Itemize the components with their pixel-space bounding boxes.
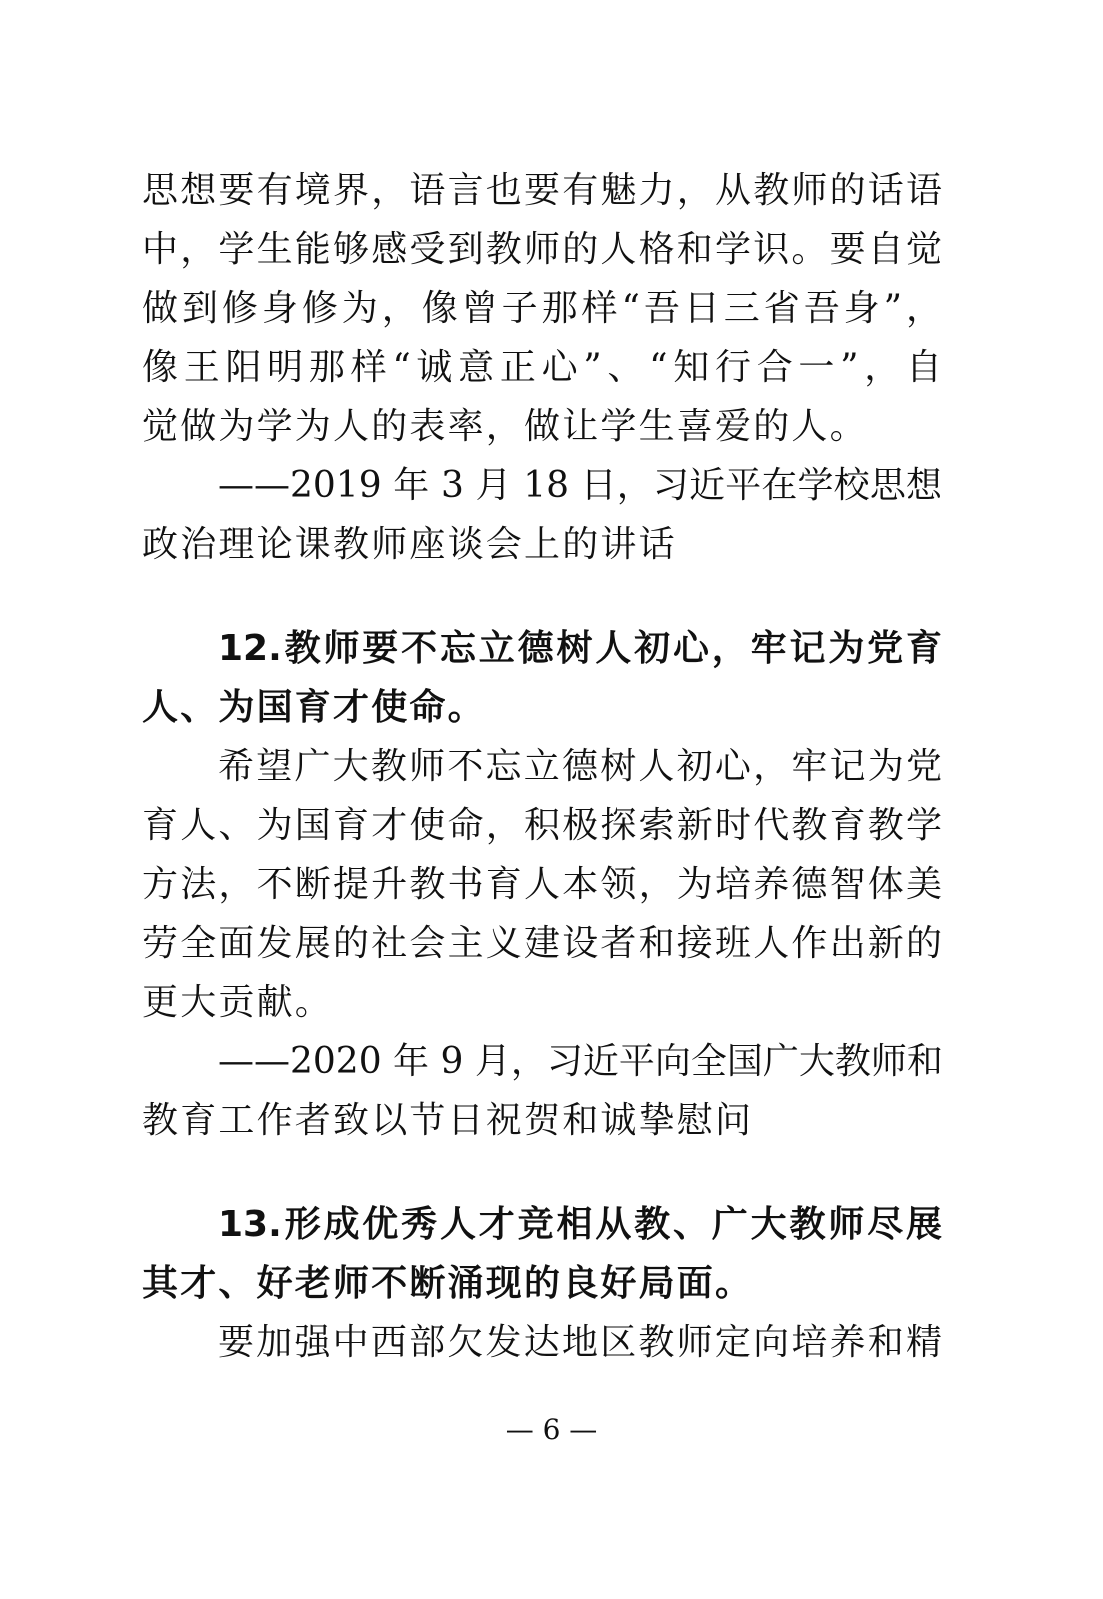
- source-attribution-line: ——2019 年 3 月 18 日，习近平在学校思想: [218, 457, 942, 515]
- paragraph-line: 更大贡献。: [142, 974, 942, 1032]
- source-attribution-line: ——2020 年 9 月，习近平向全国广大教师和: [218, 1033, 942, 1091]
- section-heading-13: 13.形成优秀人才竞相从教、广大教师尽展: [218, 1196, 942, 1254]
- paragraph-line: 思想要有境界，语言也要有魅力，从教师的话语: [142, 162, 942, 220]
- section-heading-12: 人、为国育才使命。: [142, 679, 942, 737]
- source-attribution-line: 政治理论课教师座谈会上的讲话: [142, 516, 942, 574]
- paragraph-line: 中，学生能够感受到教师的人格和学识。要自觉: [142, 221, 942, 279]
- paragraph-line: 觉做为学为人的表率，做让学生喜爱的人。: [142, 398, 942, 456]
- paragraph-line: 像王阳明那样“诚意正心”、“知行合一”，自: [142, 339, 942, 397]
- paragraph-line: 劳全面发展的社会主义建设者和接班人作出新的: [142, 915, 942, 973]
- source-attribution-line: 教育工作者致以节日祝贺和诚挚慰问: [142, 1092, 942, 1150]
- paragraph-line: 育人、为国育才使命，积极探索新时代教育教学: [142, 797, 942, 855]
- paragraph-line: 做到修身修为，像曾子那样“吾日三省吾身”，: [142, 280, 942, 338]
- page-number: — 6 —: [0, 1410, 1103, 1450]
- section-heading-12: 12.教师要不忘立德树人初心，牢记为党育: [218, 620, 942, 678]
- paragraph-line: 方法，不断提升教书育人本领，为培养德智体美: [142, 856, 942, 914]
- paragraph-line: 要加强中西部欠发达地区教师定向培养和精: [218, 1314, 942, 1372]
- section-heading-13: 其才、好老师不断涌现的良好局面。: [142, 1255, 942, 1313]
- paragraph-line: 希望广大教师不忘立德树人初心，牢记为党: [218, 738, 942, 796]
